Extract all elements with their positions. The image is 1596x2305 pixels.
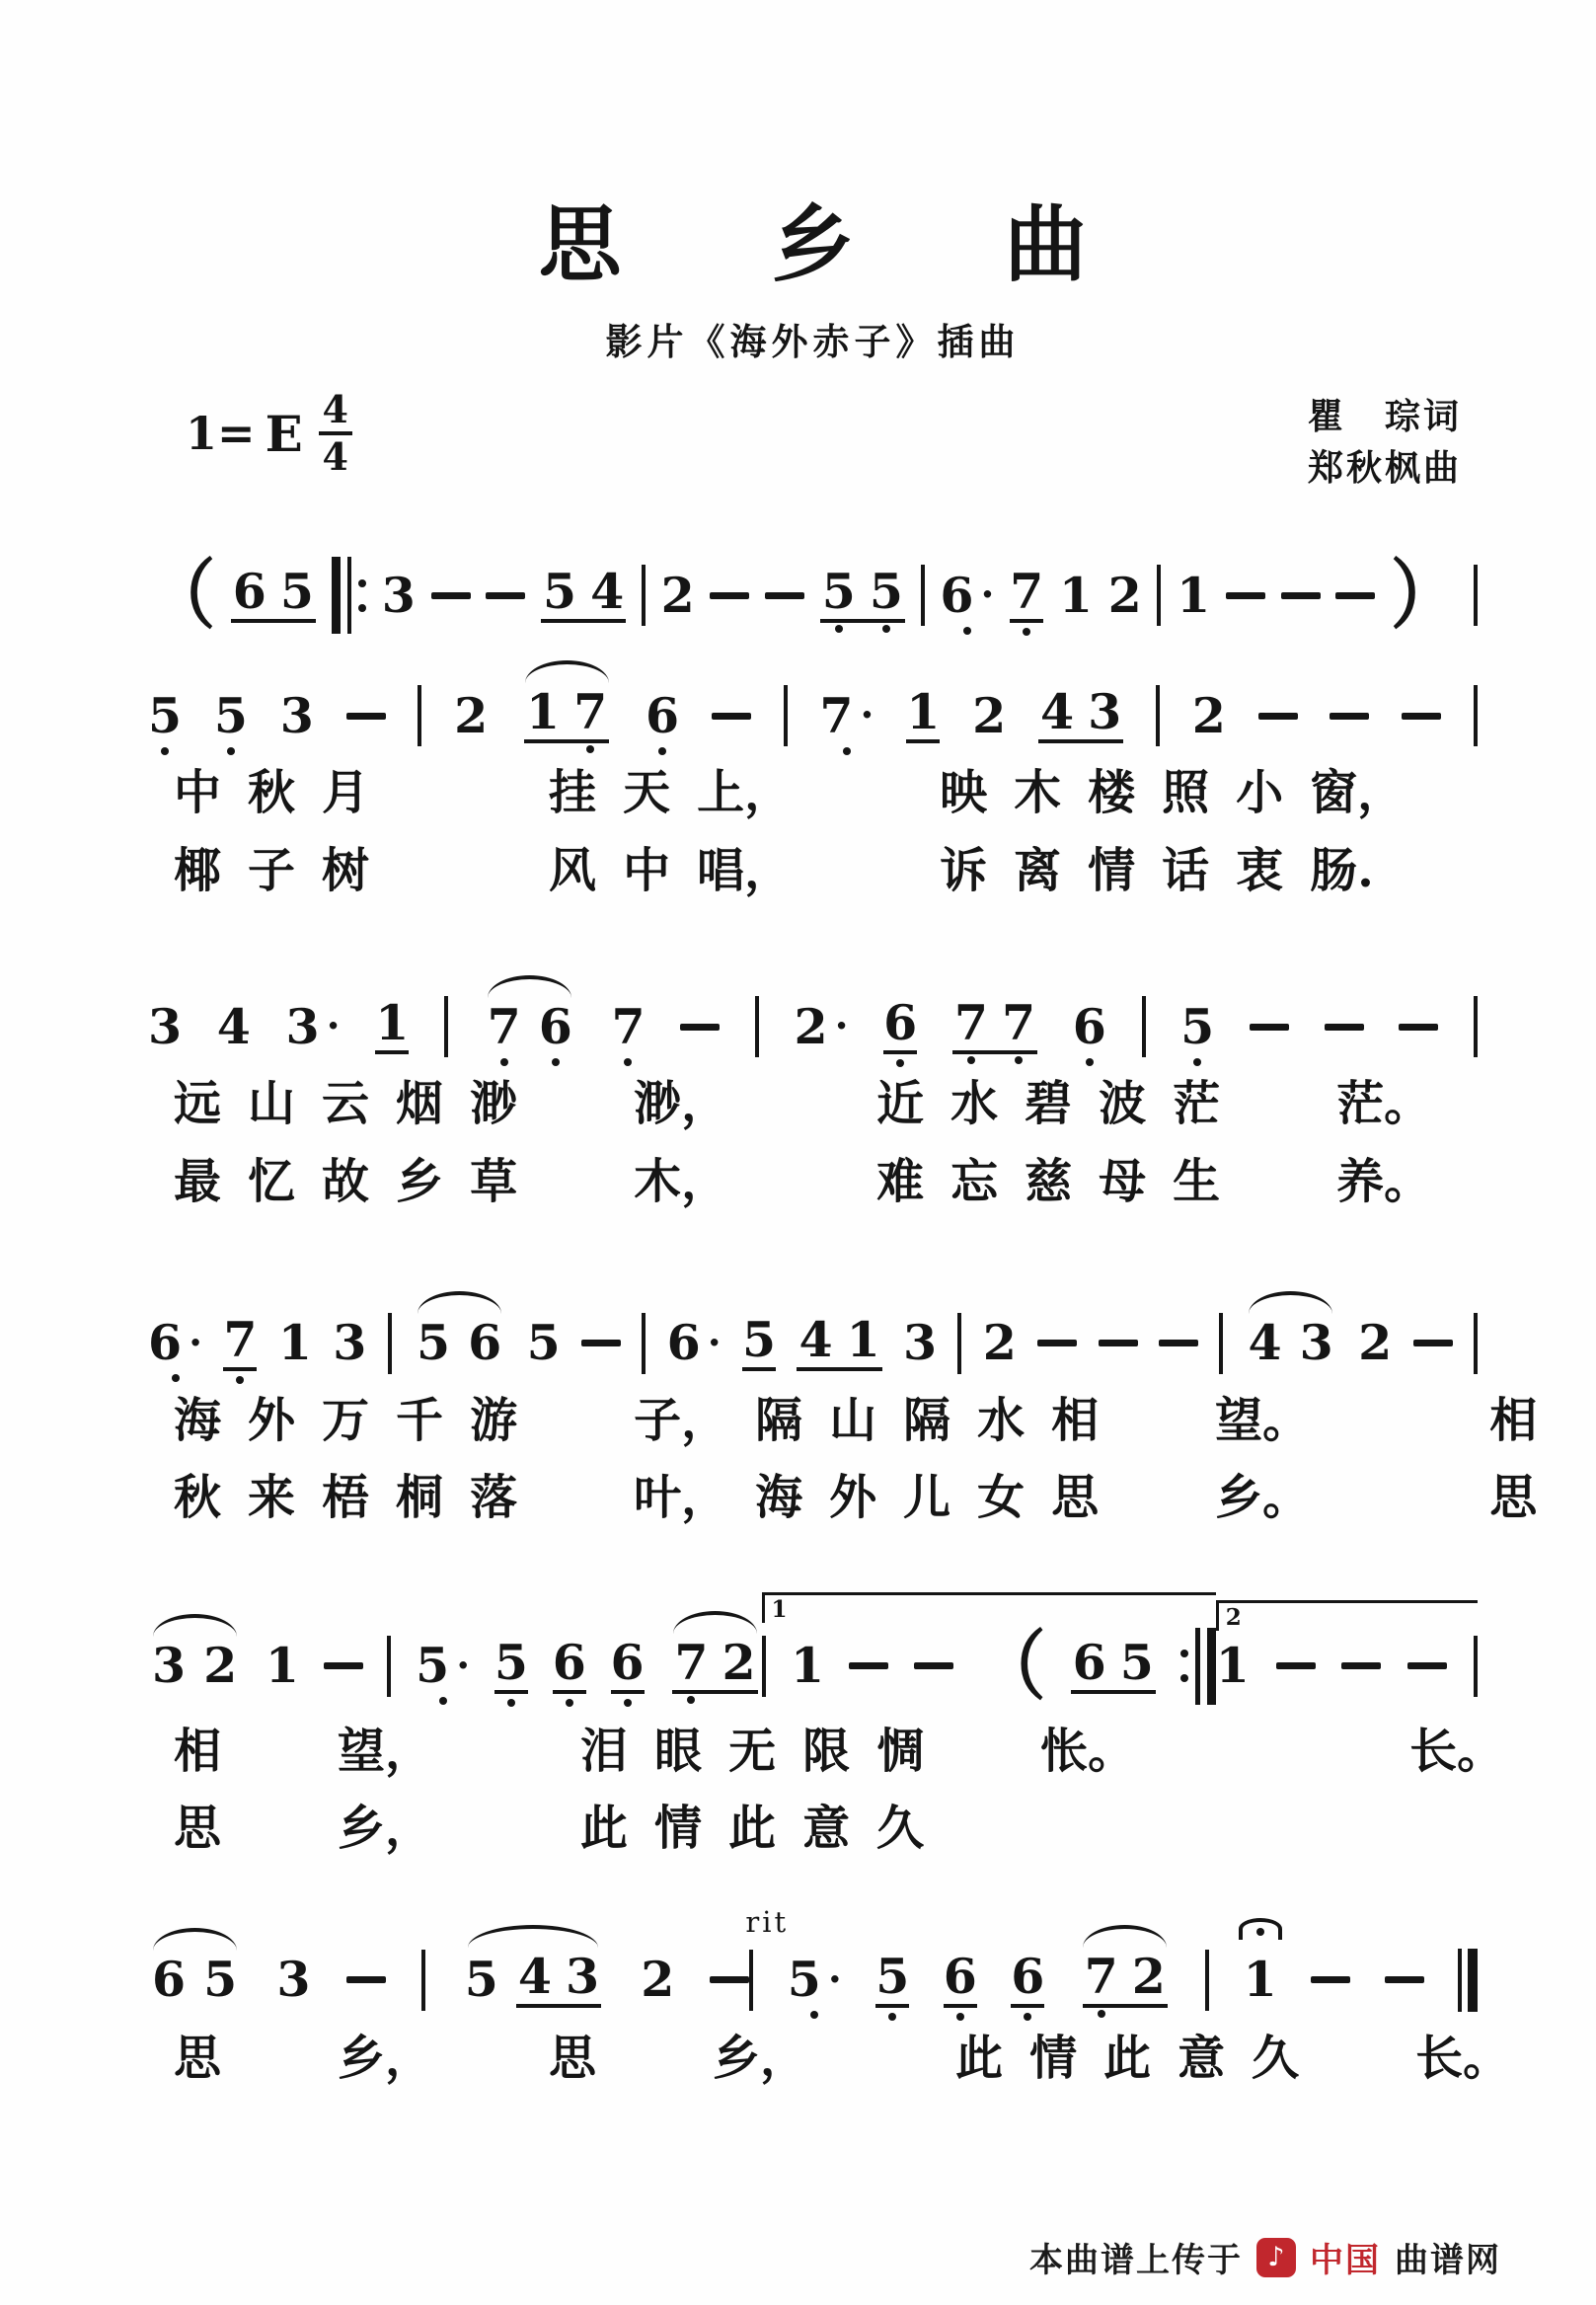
lyric-char: 故 <box>322 1151 369 1212</box>
lyric-char: 养。 <box>1336 1151 1431 1212</box>
note: 7· <box>819 692 874 740</box>
lyric-char: 叶， <box>634 1467 728 1528</box>
lyric-char: 来 <box>248 1467 295 1528</box>
note-digit: 3 <box>903 1319 937 1367</box>
slur-group: 65 <box>148 1956 241 2004</box>
note-digit: 2 <box>1358 1319 1392 1367</box>
site-logo-icon <box>1256 2238 1296 2277</box>
lyric-char: 中 <box>174 762 221 823</box>
barline <box>1474 996 1478 1057</box>
music-line: 6·7135656·54132432 <box>148 1268 1478 1374</box>
note-digit: 1 <box>906 688 940 736</box>
duration-dash <box>1281 592 1321 599</box>
note-digit: 3 <box>566 1953 599 2001</box>
song-subtitle: 影片《海外赤子》插曲 <box>148 312 1478 365</box>
augmentation-dot: · <box>456 1647 470 1686</box>
music-line: 6535432rit5·566721 <box>148 1903 1478 2012</box>
note: 7 <box>674 1639 708 1687</box>
slur-group: 56 <box>413 1319 505 1367</box>
note-digit: 7 <box>674 1639 708 1687</box>
note: 6· <box>940 572 994 620</box>
duration-dash <box>1311 1976 1350 1983</box>
final-bar-thick <box>1468 1949 1478 2012</box>
lyric-char: 游 <box>470 1390 517 1451</box>
music-line: 3215·5667211（6521 <box>148 1582 1478 1705</box>
music-segment: 55321767·12432 <box>148 685 1478 746</box>
parenthesis: （ <box>148 558 215 633</box>
meta-row: 1= E 4 4 瞿 琮词 郑秋枫曲 <box>148 391 1478 494</box>
lyric-char: 隔 <box>903 1390 950 1451</box>
barline <box>749 1950 753 2011</box>
lyric-char: 外 <box>248 1390 295 1451</box>
lyric-char: 限 <box>802 1721 850 1782</box>
site-name-rest: 曲谱网 <box>1395 2233 1501 2281</box>
beam-group: 17 <box>524 688 609 743</box>
final-barline <box>1458 1949 1478 2012</box>
note-digit: 3 <box>286 1003 320 1051</box>
lyric-char: 相 <box>174 1721 221 1782</box>
augmentation-dot: · <box>189 1324 202 1363</box>
lyric-char: 慈 <box>1025 1151 1072 1212</box>
note: 3 <box>280 692 314 740</box>
barline <box>1157 565 1161 626</box>
note: 3 <box>382 572 416 620</box>
note: 6 <box>646 692 679 740</box>
lyric-char: 长。 <box>1409 1721 1504 1782</box>
note: 6 <box>539 1003 572 1051</box>
repeat-bar <box>1195 1628 1200 1705</box>
lyric-char: 渺 <box>470 1073 517 1134</box>
duration-dash <box>712 713 751 720</box>
lyric-char: 山 <box>248 1073 295 1134</box>
lyric-char: 茫 <box>1173 1073 1220 1134</box>
duration-dash <box>1330 713 1369 720</box>
lyric-char: 情 <box>1088 840 1135 901</box>
note-digit: 6 <box>148 1319 182 1367</box>
lyric-char: 久 <box>876 1798 924 1859</box>
note: 5 <box>148 692 182 740</box>
note: 6 <box>883 999 917 1054</box>
note: 2 <box>983 1319 1017 1367</box>
lyrics-row: 远山云烟渺渺，近水碧波茫茫。 <box>148 1073 1478 1134</box>
lyric-char: 草 <box>470 1151 517 1212</box>
beam-group: 72 <box>672 1639 757 1694</box>
lyric-char: 桐 <box>396 1467 443 1528</box>
lyric-char: 小 <box>1236 762 1283 823</box>
key-prefix: 1= <box>186 407 256 460</box>
note-digit: 2 <box>661 572 695 620</box>
note: 1 <box>278 1319 312 1367</box>
note-digit: 4 <box>518 1953 552 2001</box>
augmentation-dot: · <box>861 696 874 735</box>
note: 5 <box>494 1639 528 1694</box>
lyric-char: 乡。 <box>1215 1467 1310 1528</box>
tempo-marking: rit <box>745 1905 789 1939</box>
note: 2 <box>1132 1953 1166 2001</box>
note-digit: 5 <box>1180 1003 1214 1051</box>
note-digit: 5 <box>527 1319 561 1367</box>
slur-group: 72 <box>668 1639 761 1694</box>
duration-dash <box>1250 1024 1289 1031</box>
note-digit: 5 <box>417 1319 450 1367</box>
key-signature: 1= E 4 4 <box>186 391 352 476</box>
lyric-char: 无 <box>728 1721 776 1782</box>
note-digit: 5 <box>1120 1639 1154 1687</box>
note: 1 <box>375 999 409 1054</box>
lyrics-row: 秋来梧桐落叶，海外儿女思乡。思乡， <box>148 1467 1478 1528</box>
barline <box>1219 1313 1223 1374</box>
note-digit: 3 <box>333 1319 366 1367</box>
note-digit: 7 <box>819 692 853 740</box>
lyrics-row: 最忆故乡草木，难忘慈母生养。 <box>148 1151 1478 1212</box>
music-segment: rit5·566721 <box>749 1949 1478 2012</box>
lyric-char: 碧 <box>1025 1073 1072 1134</box>
barline <box>421 1950 425 2011</box>
note-digit: 1 <box>791 1642 824 1690</box>
lyric-char: 此 <box>728 1798 776 1859</box>
slur-group: 32 <box>148 1642 241 1690</box>
volta-2-segment: 21 <box>1216 1636 1478 1697</box>
lyric-char: 近 <box>876 1073 924 1134</box>
lyric-char: 照 <box>1162 762 1209 823</box>
credits: 瞿 琮词 郑秋枫曲 <box>1308 391 1462 494</box>
lyric-char: 秋 <box>174 1467 221 1528</box>
music-system: 6535432rit5·566721思乡，思乡，此情此意久长。 <box>148 1903 1478 2089</box>
note: 5 <box>214 692 248 740</box>
lyric-char: 山 <box>829 1390 876 1451</box>
song-title: 思 乡 曲 <box>148 203 1478 286</box>
slur-group: 43 <box>1245 1319 1337 1367</box>
note: 1 <box>526 688 560 736</box>
beam-group: 65 <box>231 568 316 623</box>
duration-dash <box>680 1024 720 1031</box>
music-segment: 6·7135656·54132432 <box>148 1313 1478 1374</box>
duration-dash <box>324 1662 363 1669</box>
volta-1-segment: 11（65 <box>762 1628 1216 1705</box>
barline <box>1205 1950 1209 2011</box>
note-digit: 1 <box>266 1642 299 1690</box>
note-digit: 4 <box>590 568 624 616</box>
lyric-char: 云 <box>322 1073 369 1134</box>
duration-dash <box>1385 1976 1424 1983</box>
note-digit: 2 <box>454 692 488 740</box>
beam-group: 72 <box>1083 1953 1168 2008</box>
note-digit: 7 <box>488 1003 521 1051</box>
lyric-char: 望。 <box>1215 1390 1310 1451</box>
note-digit: 1 <box>375 999 409 1047</box>
note: 7 <box>611 1003 645 1051</box>
lyric-char: 隔 <box>755 1390 802 1451</box>
lyric-char: 意 <box>802 1798 850 1859</box>
lyric-char: 难 <box>876 1151 924 1212</box>
barline <box>1474 1636 1478 1697</box>
duration-dash <box>914 1662 953 1669</box>
lyric-char: 木， <box>634 1151 728 1212</box>
note-digit: 5 <box>788 1956 821 2004</box>
note-digit: 6 <box>1073 1639 1106 1687</box>
note-digit: 5 <box>148 692 182 740</box>
note: 6 <box>1073 1003 1106 1051</box>
note-digit: 1 <box>1216 1642 1250 1690</box>
lyric-char: 乡 <box>396 1151 443 1212</box>
slur-group: 543 <box>461 1953 605 2008</box>
lyric-char: 中 <box>623 840 670 901</box>
lyric-char: 海 <box>174 1390 221 1451</box>
duration-dash <box>710 592 749 599</box>
note: 4 <box>1040 688 1074 736</box>
lyric-char: 落 <box>470 1467 517 1528</box>
note: 2 <box>454 692 488 740</box>
music-segment: 3215·56672 <box>148 1636 762 1697</box>
duration-dash <box>1341 1662 1381 1669</box>
sheet-music-page: 思 乡 曲 影片《海外赤子》插曲 1= E 4 4 瞿 琮词 郑秋枫曲 （653… <box>0 0 1596 2305</box>
note-digit: 5 <box>214 692 248 740</box>
barline <box>762 1636 766 1697</box>
note: 6 <box>553 1639 586 1694</box>
sheet-content: 思 乡 曲 影片《海外赤子》插曲 1= E 4 4 瞿 琮词 郑秋枫曲 （653… <box>0 0 1596 2089</box>
note-digit: 1 <box>1177 572 1210 620</box>
note: 5 <box>1180 1003 1214 1051</box>
repeat-end-sign <box>1180 1628 1216 1705</box>
lyric-char: 泪 <box>580 1721 628 1782</box>
note: 2 <box>203 1642 237 1690</box>
note-digit: 6 <box>1073 1003 1106 1051</box>
note: 1 <box>847 1316 880 1364</box>
note-digit: 2 <box>794 1003 827 1051</box>
note: 3 <box>333 1319 366 1367</box>
lyric-char: 生 <box>1173 1151 1220 1212</box>
lyric-char: 茫。 <box>1336 1073 1431 1134</box>
barline <box>642 565 646 626</box>
music-system: 6·7135656·54132432海外万千游子，隔山隔水相望。相望，秋来梧桐落… <box>148 1268 1478 1529</box>
note: 6 <box>944 1953 977 2008</box>
note-digit: 5 <box>543 568 576 616</box>
lyrics-row: 思乡，此情此意久 <box>148 1798 1478 1859</box>
note: 5 <box>875 1953 909 2008</box>
augmentation-dot: · <box>980 576 994 615</box>
duration-dash <box>1413 1340 1453 1346</box>
lyric-char: 远 <box>174 1073 221 1134</box>
barline <box>1142 996 1146 1057</box>
duration-dash <box>346 1976 386 1983</box>
duration-dash <box>1037 1340 1077 1346</box>
lyric-char: 楼 <box>1088 762 1135 823</box>
composer-credit: 郑秋枫曲 <box>1308 442 1462 494</box>
lyric-char: 风 <box>549 840 596 901</box>
note: 7 <box>488 1003 521 1051</box>
repeat-begin-sign <box>332 557 367 634</box>
music-line: 55321767·12432 <box>148 640 1478 746</box>
note: 3 <box>152 1642 186 1690</box>
barline <box>1156 685 1160 746</box>
note: 6 <box>468 1319 501 1367</box>
note-digit: 2 <box>641 1956 674 2004</box>
upload-text: 本曲谱上传于 <box>1029 2233 1243 2281</box>
duration-dash <box>1226 592 1265 599</box>
repeat-dot <box>1180 1674 1188 1682</box>
duration-dash <box>486 592 525 599</box>
lyric-char: 衷 <box>1236 840 1283 901</box>
note-digit: 4 <box>798 1316 832 1364</box>
note-digit: 3 <box>152 1642 186 1690</box>
note-digit: 7 <box>1085 1953 1118 2001</box>
beam-group: 77 <box>952 999 1037 1054</box>
note: 5 <box>742 1316 776 1371</box>
repeat-dots <box>358 579 366 612</box>
augmentation-dot: · <box>828 1960 842 2000</box>
barline <box>387 1636 391 1697</box>
note: 4 <box>217 1003 251 1051</box>
lyric-char: 映 <box>940 762 987 823</box>
lyrics-row: 相望，泪眼无限惆怅。长。 <box>148 1721 1478 1782</box>
note-digit: 6 <box>940 572 973 620</box>
note-digit: 2 <box>1108 572 1142 620</box>
note-digit: 5 <box>203 1956 237 2004</box>
note-digit: 2 <box>722 1639 755 1687</box>
note: 5 <box>543 568 576 616</box>
note: 2 <box>972 692 1006 740</box>
note-digit: 3 <box>276 1956 310 2004</box>
note: 5 <box>465 1956 498 2004</box>
lyric-char: 长。 <box>1415 2028 1510 2089</box>
note-digit: 7 <box>611 1003 645 1051</box>
repeat-bar <box>347 557 352 634</box>
note: 5 <box>203 1956 237 2004</box>
note: 6 <box>611 1639 645 1694</box>
note-digit: 2 <box>203 1642 237 1690</box>
barline <box>642 1313 646 1374</box>
barline <box>1474 565 1478 626</box>
music-line: 343·17672·67765 <box>148 951 1478 1057</box>
parenthesis: ） <box>1391 558 1458 633</box>
lyric-char: 相 <box>1489 1390 1537 1451</box>
lyric-char: 树 <box>322 840 369 901</box>
note-digit: 3 <box>280 692 314 740</box>
lyric-char: 椰 <box>174 840 221 901</box>
duration-dash <box>1325 1024 1364 1031</box>
lyric-char: 此 <box>1103 2028 1151 2089</box>
note: 3· <box>286 1003 341 1051</box>
lyric-char: 意 <box>1178 2028 1225 2089</box>
note: 5 <box>527 1319 561 1367</box>
note-digit: 2 <box>1192 692 1226 740</box>
duration-dash <box>1258 713 1298 720</box>
lyric-char: 万 <box>322 1390 369 1451</box>
music-system: 55321767·12432中秋月挂天上，映木楼照小窗，椰子树风中唱，诉离情话衷… <box>148 640 1478 901</box>
note-digit: 3 <box>1088 688 1121 736</box>
lyric-char: 女 <box>977 1467 1025 1528</box>
duration-dash <box>431 592 471 599</box>
note-digit: 7 <box>1002 999 1035 1047</box>
lyric-char: 最 <box>174 1151 221 1212</box>
volta-number: 2 <box>1226 1604 1242 1631</box>
lyric-char: 渺， <box>634 1073 728 1134</box>
note: 3 <box>903 1319 937 1367</box>
lyrics-row: 椰子树风中唱，诉离情话衷肠. <box>148 840 1478 901</box>
lyric-char: 忘 <box>950 1151 998 1212</box>
lyric-char: 此 <box>955 2028 1003 2089</box>
note: 7 <box>1010 568 1043 623</box>
note-digit: 1 <box>278 1319 312 1367</box>
lyric-char: 情 <box>1029 2028 1077 2089</box>
note: 5 <box>822 568 856 616</box>
note-digit: 6 <box>611 1639 645 1687</box>
lyric-char: 千 <box>396 1390 443 1451</box>
note: 7 <box>1002 999 1035 1047</box>
note: 2 <box>661 572 695 620</box>
duration-dash <box>346 713 386 720</box>
music-systems: （653542556·7121）55321767·12432中秋月挂天上，映木楼… <box>148 523 1478 2089</box>
note-digit: 7 <box>573 688 607 736</box>
barline <box>1474 1313 1478 1374</box>
note: 2 <box>1192 692 1226 740</box>
lyric-char: 情 <box>654 1798 702 1859</box>
note-digit: 5 <box>870 568 903 616</box>
beam-group: 43 <box>1038 688 1123 743</box>
beam-group: 43 <box>516 1953 601 2008</box>
note-digit: 1 <box>847 1316 880 1364</box>
note: 5· <box>788 1956 842 2004</box>
key-tonic: E <box>266 405 303 463</box>
lyric-char: 水 <box>977 1390 1025 1451</box>
note-digit: 6 <box>553 1639 586 1687</box>
lyric-char: 思 <box>1051 1467 1099 1528</box>
note-digit: 6 <box>646 692 679 740</box>
note: 6· <box>148 1319 202 1367</box>
note-digit: 6 <box>539 1003 572 1051</box>
meter-denominator: 4 <box>322 438 347 476</box>
barline <box>418 685 421 746</box>
note-digit: 6 <box>667 1319 701 1367</box>
note-digit: 6 <box>944 1953 977 2001</box>
note: 3 <box>566 1953 599 2001</box>
note-digit: 5 <box>822 568 856 616</box>
lyric-char: 母 <box>1099 1151 1146 1212</box>
note: 7 <box>1085 1953 1118 2001</box>
repeat-bar <box>1207 1628 1216 1705</box>
note-digit: 6 <box>233 568 266 616</box>
lyric-char: 外 <box>829 1467 876 1528</box>
duration-dash <box>1276 1662 1316 1669</box>
repeat-dot <box>1180 1650 1188 1657</box>
note: 5 <box>870 568 903 616</box>
note: 3 <box>148 1003 182 1051</box>
lyric-char: 窗， <box>1310 762 1405 823</box>
note: 2· <box>794 1003 848 1051</box>
lyric-char: 怅。 <box>1040 1721 1135 1782</box>
note-digit: 1 <box>1244 1956 1277 2004</box>
lyric-char: 此 <box>580 1798 628 1859</box>
note: 4 <box>1249 1319 1282 1367</box>
duration-dash <box>765 592 804 599</box>
note: 1 <box>1177 572 1210 620</box>
music-segment: 6535432 <box>148 1950 749 2011</box>
music-system: 343·17672·67765远山云烟渺渺，近水碧波茫茫。最忆故乡草木，难忘慈母… <box>148 951 1478 1212</box>
fermata-dot <box>1256 1928 1264 1936</box>
note-digit: 6 <box>152 1956 186 2004</box>
repeat-dot <box>358 579 366 587</box>
note: 7 <box>573 688 607 736</box>
slur-group: 76 <box>484 1003 576 1051</box>
lyric-char: 思 <box>549 2028 596 2089</box>
duration-dash <box>710 1976 749 1983</box>
note: 1 <box>791 1642 824 1690</box>
note-digit: 6 <box>468 1319 501 1367</box>
note: 5· <box>416 1642 470 1690</box>
note: 3 <box>1088 688 1121 736</box>
site-name-cn: 中国 <box>1310 2233 1381 2281</box>
duration-dash <box>1335 592 1375 599</box>
